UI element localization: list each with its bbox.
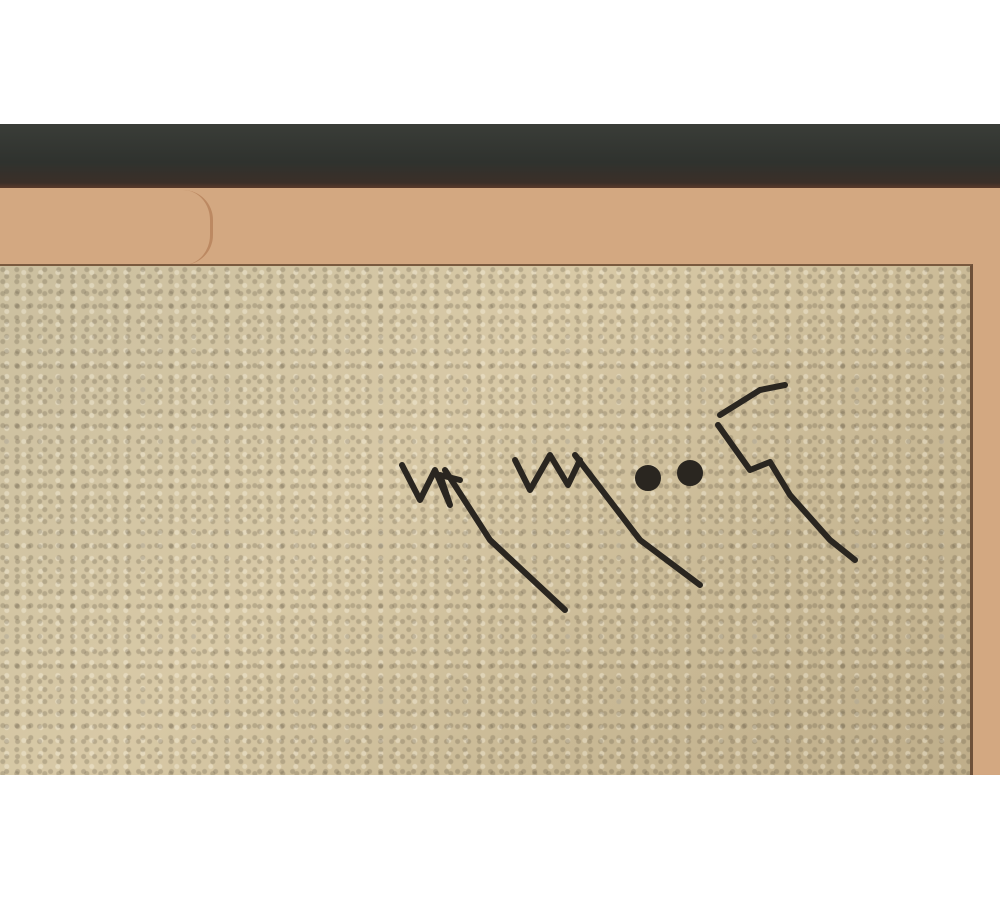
- picture-frame-top: [0, 124, 1000, 188]
- signature-label: signature (illegible cursive, dark graph…: [0, 0, 1, 1]
- water-stain: [150, 190, 213, 265]
- background-bottom: [0, 775, 1000, 900]
- image-subject: Close-up photograph of the lower-right c…: [0, 0, 1, 1]
- artist-signature: [390, 370, 860, 620]
